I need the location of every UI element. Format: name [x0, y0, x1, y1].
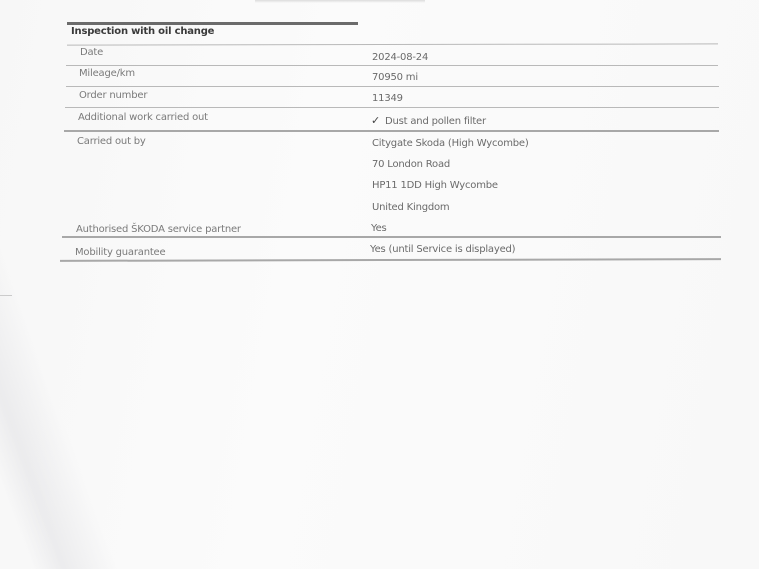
- value-date: 2024-08-24: [372, 52, 428, 63]
- row-divider: [66, 65, 718, 66]
- value-dealer-country: United Kingdom: [372, 202, 449, 213]
- section-header-bar: [67, 22, 358, 25]
- value-dealer-name: Citygate Skoda (High Wycombe): [372, 138, 529, 149]
- label-mobility-guarantee: Mobility guarantee: [75, 247, 165, 258]
- label-mileage: Mileage/km: [79, 68, 135, 79]
- label-carried-out-by: Carried out by: [77, 136, 146, 147]
- value-mileage: 70950 mi: [372, 72, 418, 83]
- value-dealer-postcode-city: HP11 1DD High Wycombe: [372, 180, 498, 191]
- checkmark-icon: ✓: [371, 114, 380, 127]
- row-divider: [66, 86, 719, 87]
- row-divider: [64, 130, 719, 132]
- row-divider: [62, 236, 721, 238]
- page-edge-line: [0, 295, 12, 296]
- label-additional-work: Additional work carried out: [78, 112, 208, 123]
- value-mobility-guarantee: Yes (until Service is displayed): [370, 244, 515, 255]
- row-divider: [60, 258, 721, 262]
- page-edge-shadow: [255, 0, 425, 3]
- label-order-number: Order number: [79, 90, 147, 101]
- additional-work-text: Dust and pollen filter: [385, 116, 486, 127]
- value-order-number: 11349: [372, 93, 403, 104]
- value-additional-work: ✓Dust and pollen filter: [371, 114, 486, 127]
- label-date: Date: [80, 47, 103, 58]
- row-divider: [65, 107, 719, 108]
- value-dealer-street: 70 London Road: [372, 159, 450, 170]
- label-authorised-partner: Authorised ŠKODA service partner: [76, 224, 241, 235]
- value-authorised-partner: Yes: [371, 223, 387, 234]
- row-divider: [67, 43, 718, 45]
- section-title: Inspection with oil change: [71, 26, 214, 37]
- document-page: Inspection with oil change Date 2024-08-…: [0, 0, 759, 569]
